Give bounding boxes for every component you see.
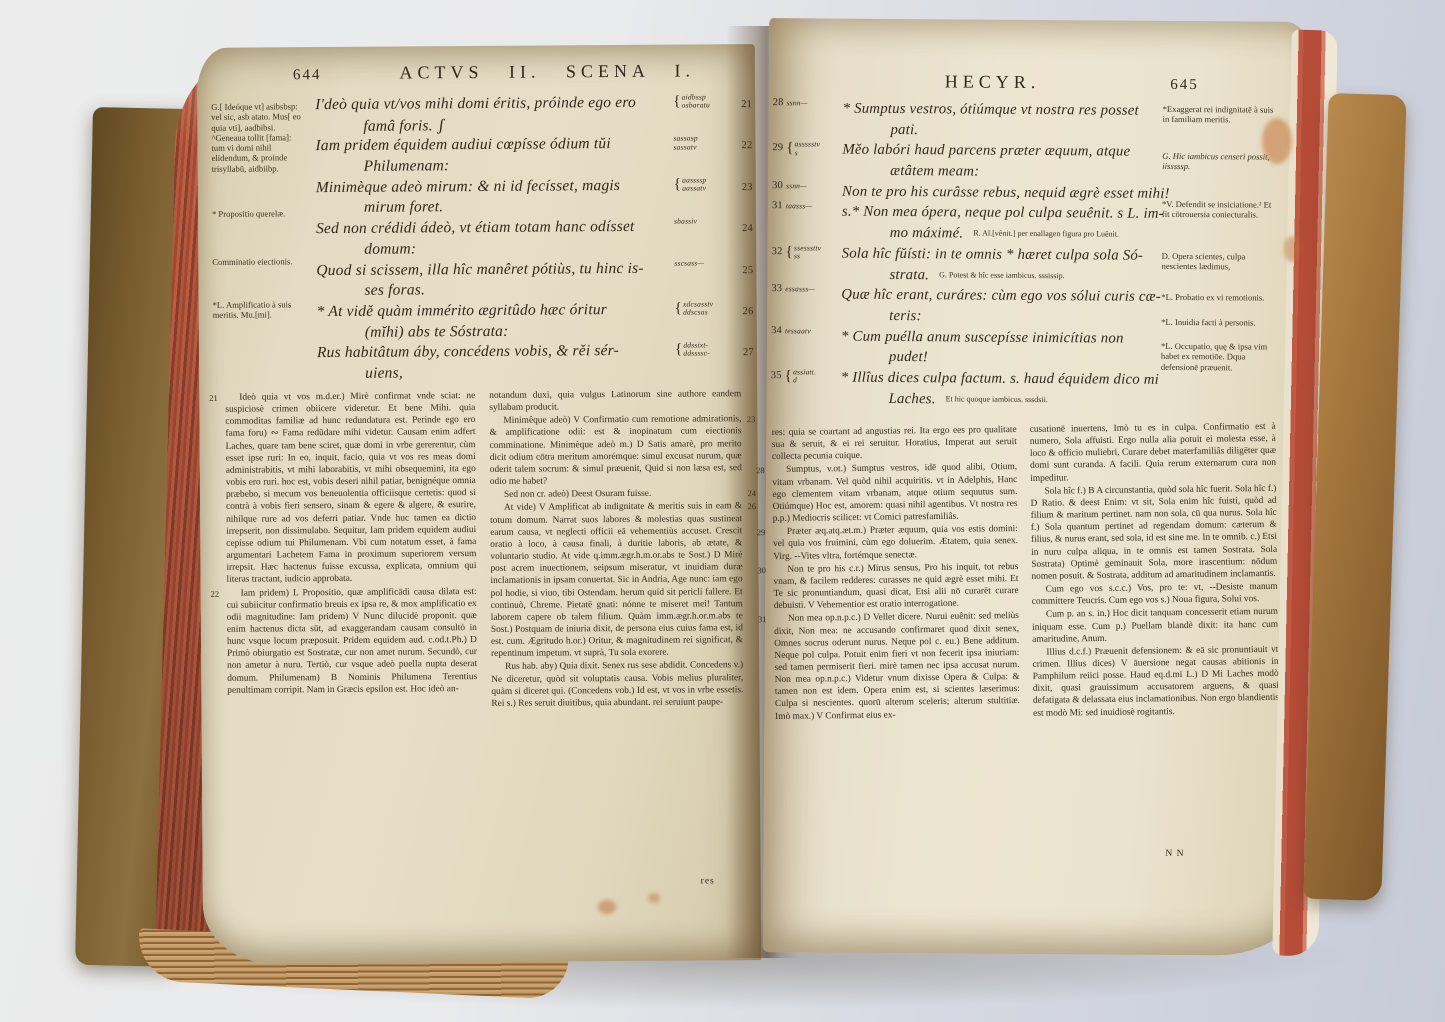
stain <box>648 893 660 903</box>
note-number: 29 <box>757 526 766 538</box>
margin-note: D. Opera scientes, culpa nescientes lædi… <box>1162 251 1274 272</box>
commentary-paragraph: Rus hab. aby) Quia dixit. Senex rus sese… <box>491 660 743 710</box>
verse-line: uiens, <box>317 361 769 385</box>
brace-glyph: { <box>786 248 793 256</box>
verse-number: 28 <box>773 99 784 107</box>
prosody-marks: sscsass— <box>674 259 704 267</box>
brace-glyph: { <box>785 372 792 380</box>
inline-note: R. Al.[vênit.] per enallagen figura pro … <box>973 229 1119 239</box>
margin-note: * Propositio querelæ. <box>212 208 306 219</box>
left-page-number: 644 <box>293 67 322 84</box>
commentary-paragraph: 28Sumptus, v.ot.) Sumptus vestros, idē q… <box>772 461 1018 525</box>
prosody-marks: ssnn— <box>787 99 808 107</box>
brace-glyph: { <box>675 346 682 354</box>
brace-glyph: { <box>675 305 682 313</box>
brace-glyph: { <box>674 180 681 188</box>
commentary-paragraph: 31Non mea op.n.p.c.) D Vellet dicere. Nu… <box>774 610 1020 722</box>
catchword: res <box>701 876 715 886</box>
verse-number: 34 <box>771 327 782 335</box>
margin-note: *L. Occupatio, quę & ipsa vim habet ex r… <box>1161 341 1273 373</box>
commentary-paragraph: 21Ideò quia vt vos m.d.er.) Mirè confirm… <box>225 390 476 586</box>
note-number: 28 <box>756 465 765 477</box>
commentary-paragraph: 33Cum ego vos s.c.c.) Vos, pro te: vt, -… <box>1032 581 1278 608</box>
left-page: 644 ACTVS II. SCENA I. G.[ Ideóque vt] a… <box>197 44 761 964</box>
commentary-paragraph: cusationē inuertens, Imò tu es in culpa.… <box>1030 421 1277 485</box>
prosody-marks: aassssp aassatv <box>682 176 706 193</box>
margin-note: *Exaggerat rei indignitatē à suis in fam… <box>1163 104 1275 125</box>
pen-mark: ʃ <box>437 115 446 136</box>
commentary-paragraph: 26At vide) V Amplificat ab indignitate &… <box>490 501 743 661</box>
margin-note: *L. Inuidia facti à personis. <box>1161 317 1273 328</box>
margin-note: *V. Defendit se insiciatione.² Et fit cō… <box>1162 199 1274 220</box>
prosody-marks: taasss— <box>786 203 812 211</box>
verse-line: Laches.Et hic quoque iambicus. sssdsii. <box>841 388 1241 411</box>
margin-note: *L. Amplificatio à suis meritis. Mu.[mi]… <box>213 299 307 320</box>
margin-note: Comminatio eiectionis. <box>212 256 306 267</box>
verse-number: 29 <box>772 145 783 153</box>
brace-glyph: { <box>673 98 680 106</box>
verse-number: 32 <box>772 248 783 256</box>
prosody-marks: assssstv s <box>795 141 820 158</box>
commentary-paragraph: 23Minimêque adeò) V Confirmatio cum remo… <box>489 413 742 488</box>
prosody-marks: sbassiv <box>674 218 697 226</box>
verse-block-left: I'deò quia vt/vos mihi domi éritis, prói… <box>315 92 769 385</box>
stain <box>598 900 616 914</box>
prosody-marks: ssnn— <box>786 182 807 190</box>
commentary-left: 21Ideò quia vt vos m.d.er.) Mirè confirm… <box>225 388 743 713</box>
right-page-header: HECYR. 645 <box>769 70 1199 94</box>
verse-number: 33 <box>771 285 782 293</box>
right-page: HECYR. 645 28ssnn— * Sumptus vestros, ót… <box>763 18 1314 956</box>
prosody-marks: ddssixt- ddssssc- <box>683 342 710 359</box>
signature-mark: N N <box>1165 849 1184 859</box>
prosody-marks: essasss— <box>785 285 815 293</box>
left-page-header: 644 ACTVS II. SCENA I. <box>293 60 713 84</box>
commentary-paragraph: 34Cum p. an s. in.) Hoc dicit tanquam co… <box>1032 606 1278 645</box>
note-number: 30 <box>757 564 766 576</box>
commentary-paragraph: 30Non te pro his c.r.) Mirus sensus, Pro… <box>773 561 1019 613</box>
left-running-title: ACTVS II. SCENA I. <box>399 60 695 83</box>
prosody-marks: ssesssttv ss <box>794 244 821 261</box>
verse-number: 31 <box>772 203 783 211</box>
brace-glyph: { <box>786 145 793 153</box>
inline-note: G. Potest & hîc esse iambicus. sssissip. <box>939 270 1065 280</box>
note-number: 21 <box>209 392 218 404</box>
verse-number: 30 <box>772 182 783 190</box>
prosody-marks: sassasp sassatv <box>673 135 697 152</box>
commentary-column: cusationē inuertens, Imò tu es in culpa.… <box>1030 421 1280 721</box>
commentary-paragraph: notandum duxi, quia vulgus Latinorum sin… <box>489 388 741 414</box>
verse-line: mo máximé.R. Al.[vênit.] per enallagen f… <box>842 223 1242 246</box>
right-running-title: HECYR. <box>945 71 1041 93</box>
right-page-number: 645 <box>1170 77 1199 94</box>
commentary-right: res: quia se coartant ad angustias rei. … <box>772 421 1280 724</box>
commentary-paragraph: 24Sed non cr. adeò) Deest Osuram fuisse. <box>490 487 742 501</box>
prosody-marks: assiatt. d <box>793 368 816 385</box>
note-number: 31 <box>758 613 767 625</box>
commentary-column: 21Ideò quia vt vos m.d.er.) Mirè confirm… <box>225 390 477 713</box>
verse-number: 35 <box>771 372 782 380</box>
commentary-column: notandum duxi, quia vulgus Latinorum sin… <box>489 388 743 711</box>
note-number: 22 <box>211 587 220 599</box>
prosody-marks: tessaatv <box>785 327 811 335</box>
commentary-paragraph: Sola hîc f.) B A circunstantia, quòd sol… <box>1030 483 1277 583</box>
margin-note: G.[ Ideóque vt] asibsbsp: vel sic, asb a… <box>211 101 306 174</box>
margin-note: G. Hic iambicus censeri possit, iisssssp… <box>1162 151 1274 172</box>
commentary-paragraph: res: quia se coartant ad angustias rei. … <box>772 424 1017 463</box>
commentary-paragraph: 29Præter æq.atq.æt.m.) Præter æquum, qui… <box>773 523 1018 562</box>
inline-note: Et hic quoque iambicus. sssdsii. <box>946 394 1048 404</box>
photo-scene: 644 ACTVS II. SCENA I. G.[ Ideóque vt] a… <box>0 0 1445 1022</box>
stain <box>1262 118 1292 164</box>
commentary-column: res: quia se coartant ad angustias rei. … <box>772 424 1021 724</box>
margin-note: *L. Probatio ex vi remotionis. <box>1161 292 1273 303</box>
stain <box>1284 236 1300 262</box>
prosody-marks: aidbssp osbaratu <box>682 93 710 110</box>
prosody-marks: xdcsasstv ddscsas <box>683 300 713 317</box>
commentary-paragraph: 35Illius d.c.f.) Præuenit defensionem: &… <box>1032 644 1279 720</box>
commentary-paragraph: 22Iam pridem) L Propositio, quæ amplific… <box>227 586 478 697</box>
